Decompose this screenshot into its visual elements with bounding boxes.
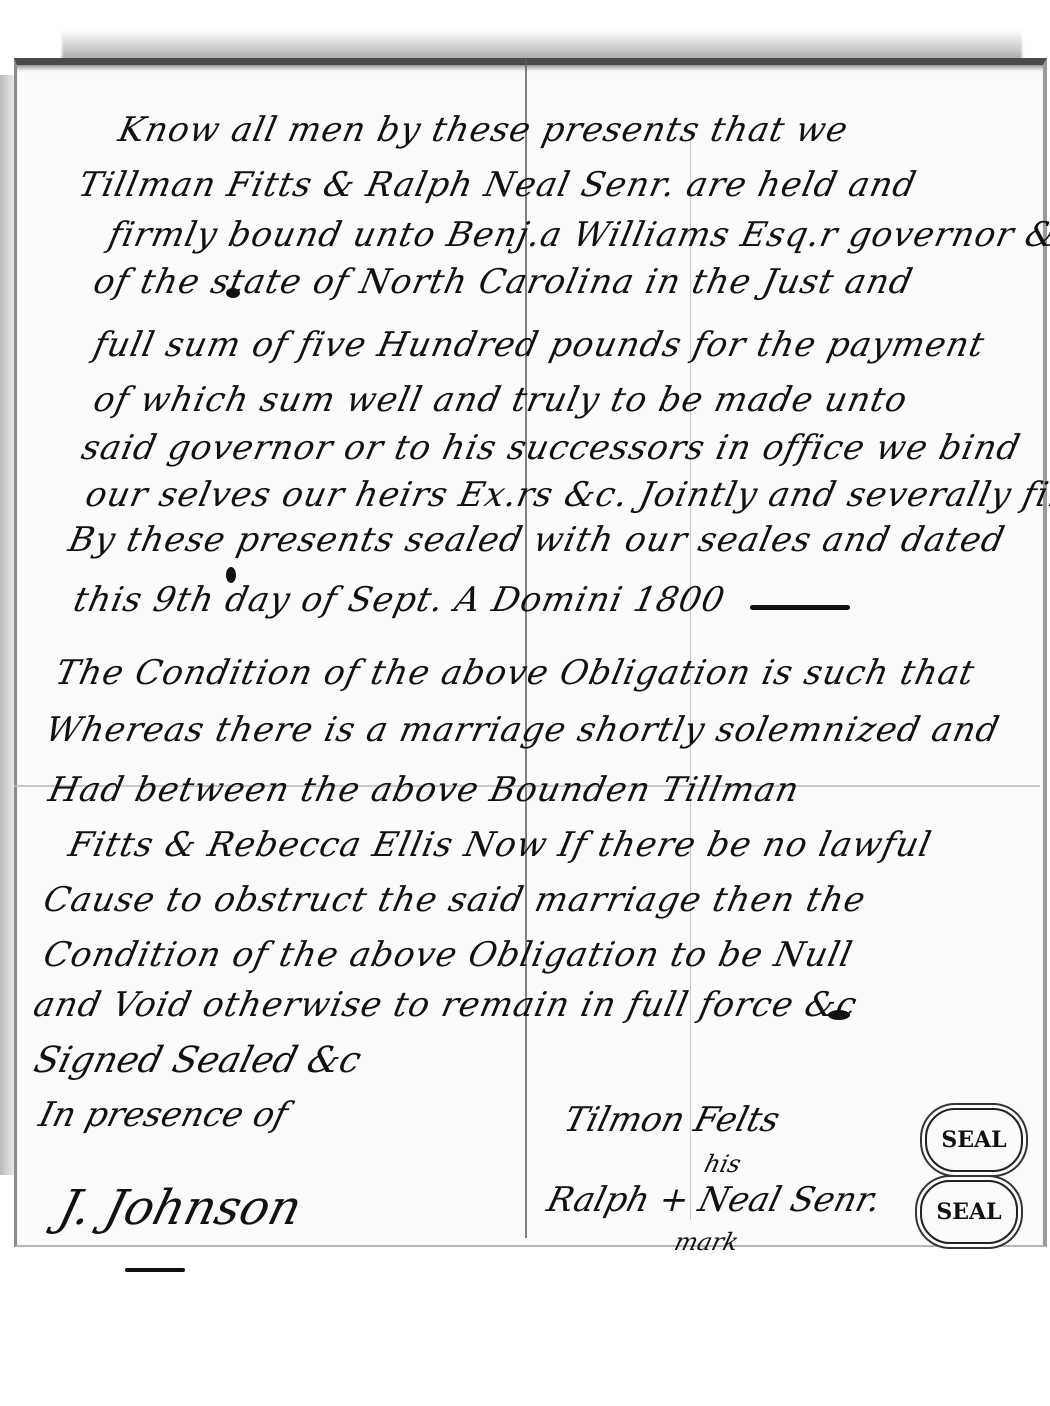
bond-line-7: said governor or to his successors in of… — [78, 428, 1024, 468]
bond-line-1: Know all men by these presents that we — [115, 110, 852, 150]
date-underline — [750, 605, 850, 610]
bond-line-4: of the state of North Carolina in the Ju… — [90, 262, 917, 302]
in-presence-of-label: In presence of — [35, 1095, 292, 1135]
seal-1: SEAL — [925, 1108, 1023, 1172]
signature-tilmon-felts: Tilmon Felts — [560, 1100, 784, 1140]
seal-2: SEAL — [920, 1180, 1018, 1244]
condition-line-2: Whereas there is a marriage shortly sole… — [42, 710, 1003, 750]
condition-line-1: The Condition of the above Obligation is… — [52, 653, 979, 693]
bond-line-5: full sum of five Hundred pounds for the … — [90, 325, 988, 365]
bond-line-2: Tillman Fitts & Ralph Neal Senr. are hel… — [75, 165, 920, 205]
ink-blot — [828, 1010, 850, 1020]
signature-ralph-neal: Ralph + Neal Senr. — [543, 1180, 885, 1220]
condition-line-6: Condition of the above Obligation to be … — [40, 935, 856, 975]
ink-blot — [226, 288, 240, 298]
witness-signature: J. Johnson — [53, 1180, 307, 1236]
condition-line-7: and Void otherwise to remain in full for… — [30, 985, 861, 1025]
condition-line-4: Fitts & Rebecca Ellis Now If there be no… — [65, 825, 935, 865]
witness-flourish — [125, 1268, 185, 1272]
condition-line-5: Cause to obstruct the said marriage then… — [40, 880, 870, 920]
bond-line-3: firmly bound unto Benj.a Williams Esq.r … — [105, 215, 1050, 255]
bond-line-10: this 9th day of Sept. A Domini 1800 — [70, 580, 729, 620]
mark-label: mark — [672, 1228, 742, 1256]
ink-blot — [226, 567, 236, 583]
scanned-document: Know all men by these presents that we T… — [0, 0, 1050, 1406]
signed-sealed-label: Signed Sealed &c — [30, 1040, 365, 1081]
bond-line-8: our selves our heirs Ex.rs &c. Jointly a… — [82, 475, 1050, 515]
mark-his-label: his — [702, 1150, 744, 1178]
condition-line-3: Had between the above Bounden Tillman — [45, 770, 803, 810]
bond-line-9: By these presents sealed with our seales… — [65, 520, 1009, 560]
bond-line-6: of which sum well and truly to be made u… — [90, 380, 911, 420]
